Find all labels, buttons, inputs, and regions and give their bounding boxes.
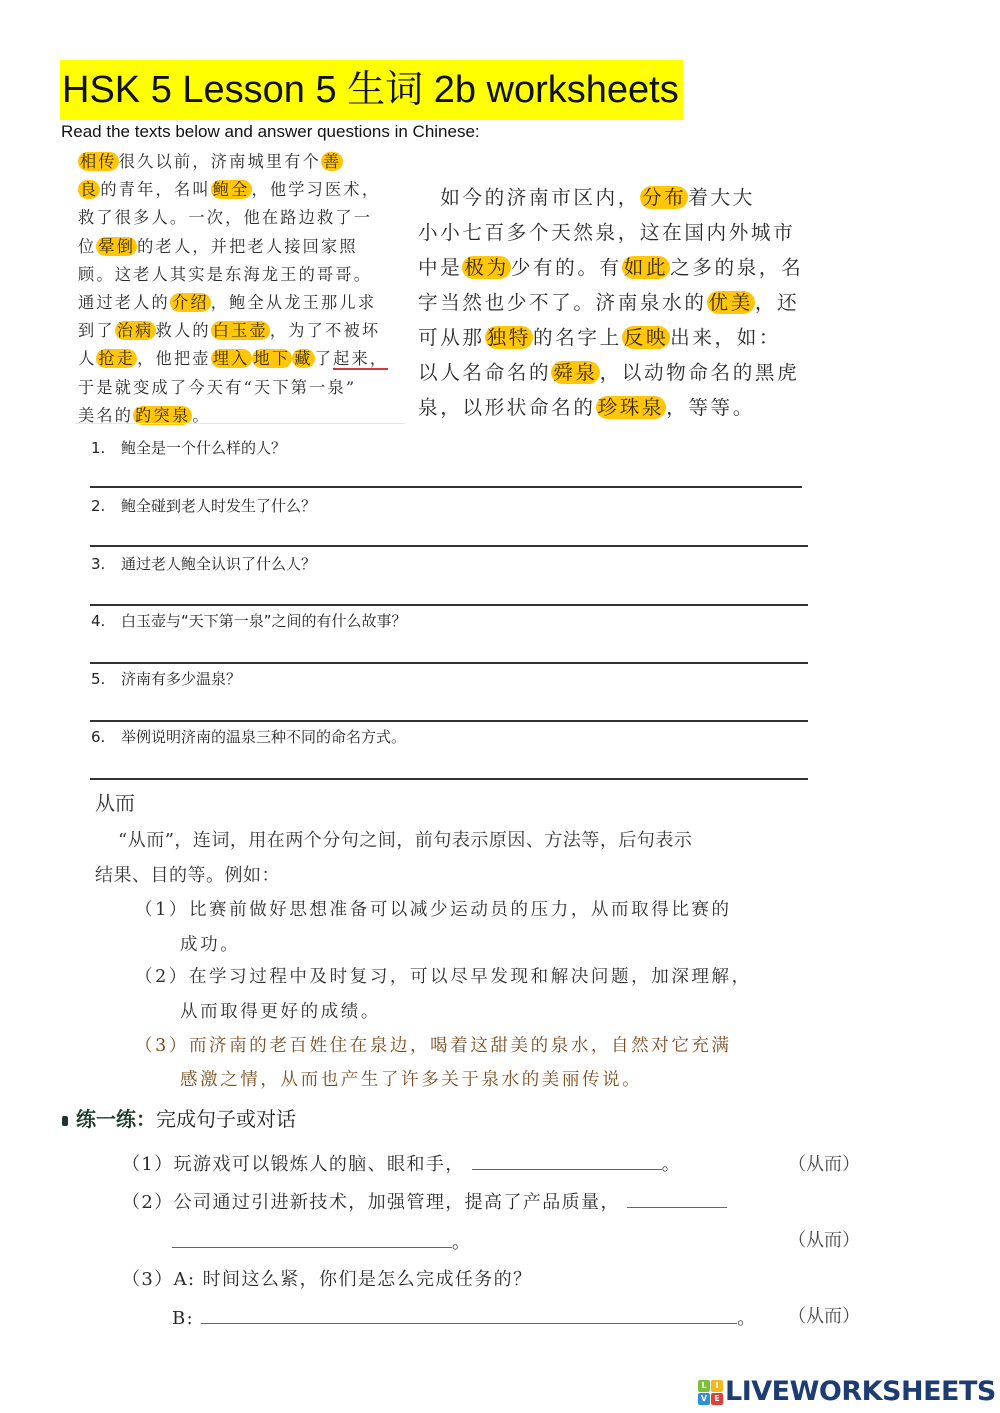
answer-field-5[interactable]	[90, 720, 808, 722]
passage-text: 位	[78, 237, 96, 256]
highlighted-vocab: 珍珠泉	[596, 396, 667, 419]
highlighted-vocab: 良	[78, 180, 100, 199]
reading-passage-right: 如今的济南市区内，分布着大大小小七百多个天然泉，这在国内外城市中是极为少有的。有…	[418, 180, 803, 425]
answer-field-3[interactable]	[90, 604, 808, 606]
highlighted-vocab: 优美	[707, 291, 755, 314]
passage-line: 于是就变成了今天有“天下第一泉”	[78, 374, 388, 402]
answer-field-4[interactable]	[90, 662, 808, 664]
passage-text: ，以动物命名的黑虎	[600, 361, 800, 384]
passage-text: ，还	[755, 291, 799, 314]
passage-line: 可从那独特的名字上反映出来，如：	[418, 320, 803, 355]
passage-line: 以人名命名的舜泉，以动物命名的黑虎	[418, 355, 803, 390]
grammar-description-line-1: “从而”，连词，用在两个分句之间，前句表示原因、方法等，后句表示	[118, 826, 692, 852]
hint-conghe-2: （从而）	[788, 1226, 860, 1252]
passage-line: 相传很久以前，济南城里有个善	[78, 148, 388, 176]
highlighted-vocab: 极为	[462, 256, 510, 279]
passage-text: ，等等。	[666, 396, 755, 419]
passage-line: 如今的济南市区内，分布着大大	[418, 180, 803, 215]
logo-block-e: E	[711, 1393, 723, 1405]
passage-text: 于是就变成了今天有“天下第一泉”	[78, 378, 356, 397]
grammar-description-line-2: 结果、目的等。例如：	[95, 861, 280, 887]
practice-item-2-cont: 。	[172, 1228, 471, 1254]
hint-conghe-3: （从而）	[788, 1302, 860, 1328]
passage-text: 字当然也少不了。济南泉水的	[418, 291, 707, 314]
blank-input-2b[interactable]	[172, 1230, 452, 1248]
passage-line: 小小七百多个天然泉，这在国内外城市	[418, 215, 803, 250]
example-1-line-2: 成功。	[180, 931, 240, 956]
passage-text: 可从那	[418, 326, 485, 349]
passage-text: 泉，以形状命名的	[418, 396, 596, 419]
practice-item-1: （1）玩游戏可以锻炼人的脑、眼和手， 。	[122, 1150, 681, 1176]
highlighted-vocab: 藏	[292, 349, 314, 368]
passage-text: 之多的泉，名	[670, 256, 803, 279]
answer-field-2[interactable]	[90, 545, 808, 547]
passage-text: 少有的。有	[511, 256, 622, 279]
highlighted-vocab: 如此	[622, 256, 670, 279]
question-text: 通过老人鲍全认识了什么人？	[121, 555, 316, 573]
passage-line: 良的青年，名叫鲍全，他学习医术，	[78, 176, 388, 204]
passage-text: 如今的济南市区内，	[418, 186, 640, 209]
example-1-line-1: （1）比赛前做好思想准备可以减少运动员的压力，从而取得比赛的	[135, 896, 732, 921]
highlighted-vocab: 舜泉	[551, 361, 599, 384]
worksheet-title: HSK 5 Lesson 5 生词 2b worksheets	[60, 60, 683, 120]
passage-text: 的名字上	[533, 326, 622, 349]
passage-text: 救人的	[156, 321, 211, 340]
question-3: 3.通过老人鲍全认识了什么人？	[91, 553, 316, 574]
example-2-line-2: 从而取得更好的成绩。	[180, 998, 381, 1023]
passage-text: 到了	[78, 321, 115, 340]
passage-text: 顾。这老人其实是东海龙王的哥哥。	[78, 265, 372, 284]
highlighted-vocab: 分布	[640, 186, 688, 209]
practice-item-3: （3）A: 时间这么紧，你们是怎么完成任务的？	[122, 1265, 532, 1291]
question-text: 鲍全是一个什么样的人？	[121, 439, 286, 457]
practice-item-2: （2）公司通过引进新技术，加强管理，提高了产品质量，	[122, 1188, 727, 1214]
blank-input-1[interactable]	[472, 1152, 662, 1170]
highlighted-vocab: 介绍	[170, 293, 211, 312]
passage-text: 很久以前，济南城里有个	[119, 152, 321, 171]
practice-heading: 练一练：完成句子或对话	[62, 1103, 296, 1132]
passage-line: 泉，以形状命名的珍珠泉，等等。	[418, 390, 803, 425]
highlighted-vocab: 善	[321, 152, 343, 171]
question-5: 5.济南有多少温泉？	[91, 668, 241, 689]
passage-text: 。	[192, 406, 210, 425]
passage-text: ，为了不被坏	[270, 321, 380, 340]
passage-line: 到了治病救人的白玉壶，为了不被坏	[78, 317, 388, 345]
passage-line: 美名的趵突泉。	[78, 402, 388, 430]
highlighted-vocab: 相传	[78, 152, 119, 171]
logo-block-l: L	[698, 1380, 710, 1392]
passage-text: 救了很多人。一次，他在路边救了一	[78, 208, 372, 227]
passage-text: 中是	[418, 256, 462, 279]
passage-line: 通过老人的介绍，鲍全从龙王那儿求	[78, 289, 388, 317]
blank-input-2a[interactable]	[627, 1190, 727, 1208]
highlighted-vocab: 治病	[115, 321, 156, 340]
passage-text: 出来，如：	[670, 326, 781, 349]
question-1: 1.鲍全是一个什么样的人？	[91, 437, 286, 458]
practice-item-3-b: B: 。	[172, 1304, 757, 1330]
question-text: 济南有多少温泉？	[121, 670, 241, 688]
passage-text: 了	[315, 349, 333, 368]
blank-input-3[interactable]	[201, 1306, 737, 1324]
hint-conghe-1: （从而）	[788, 1150, 860, 1176]
passage-line: 位晕倒的老人，并把老人接回家照	[78, 233, 388, 261]
passage-text: 美名的	[78, 406, 133, 425]
passage-text: 的老人，并把老人接回家照	[137, 237, 358, 256]
highlighted-vocab: 地下	[252, 349, 293, 368]
passage-text: 的青年，名叫	[100, 180, 210, 199]
highlighted-vocab: 埋入	[211, 349, 252, 368]
passage-text: 通过老人的	[78, 293, 170, 312]
question-6: 6.举例说明济南的温泉三种不同的命名方式。	[91, 726, 406, 747]
passage-text: 小小七百多个天然泉，这在国内外城市	[418, 221, 795, 244]
passage-text: ，他学习医术，	[252, 180, 381, 199]
grammar-title: 从而	[95, 787, 135, 816]
underlined-text: 起来，	[333, 349, 388, 370]
answer-field-1[interactable]	[90, 486, 802, 488]
passage-text: 着大大	[688, 186, 755, 209]
question-4: 4.白玉壶与“天下第一泉”之间的有什么故事？	[91, 610, 407, 631]
passage-text: 以人名命名的	[418, 361, 551, 384]
passage-text: ，鲍全从龙王那儿求	[211, 293, 377, 312]
question-text: 举例说明济南的温泉三种不同的命名方式。	[121, 728, 406, 746]
highlighted-vocab: 白玉壶	[211, 321, 270, 340]
bullet-icon	[62, 1116, 68, 1126]
passage-line: 救了很多人。一次，他在路边救了一	[78, 204, 388, 232]
highlighted-vocab: 反映	[622, 326, 670, 349]
instructions-text: Read the texts below and answer question…	[61, 122, 480, 142]
logo-text: LIVEWORKSHEETS	[725, 1378, 996, 1406]
passage-line: 顾。这老人其实是东海龙王的哥哥。	[78, 261, 388, 289]
highlighted-vocab: 鲍全	[211, 180, 252, 199]
passage-divider	[75, 423, 405, 424]
liveworksheets-logo[interactable]: L I V E LIVEWORKSHEETS	[698, 1378, 996, 1406]
passage-text: 人	[78, 349, 96, 368]
question-text: 鲍全碰到老人时发生了什么？	[121, 497, 316, 515]
example-3-line-2: 感激之情，从而也产生了许多关于泉水的美丽传说。	[180, 1066, 642, 1091]
question-text: 白玉壶与“天下第一泉”之间的有什么故事？	[121, 612, 407, 630]
logo-block-i: I	[711, 1380, 723, 1392]
logo-blocks-icon: L I V E	[698, 1380, 723, 1405]
example-3-line-1: （3）而济南的老百姓住在泉边，喝着这甜美的泉水，自然对它充满	[135, 1032, 732, 1057]
passage-line: 人抢走，他把壶埋入地下藏了起来，	[78, 345, 388, 373]
highlighted-vocab: 趵突泉	[133, 406, 192, 425]
passage-line: 中是极为少有的。有如此之多的泉，名	[418, 250, 803, 285]
passage-text: ，他把壶	[137, 349, 211, 368]
logo-block-v: V	[698, 1393, 710, 1405]
highlighted-vocab: 抢走	[96, 349, 137, 368]
passage-line: 字当然也少不了。济南泉水的优美，还	[418, 285, 803, 320]
question-2: 2.鲍全碰到老人时发生了什么？	[91, 495, 316, 516]
answer-field-6[interactable]	[90, 778, 808, 780]
highlighted-vocab: 晕倒	[96, 237, 137, 256]
highlighted-vocab: 独特	[485, 326, 533, 349]
reading-passage-left: 相传很久以前，济南城里有个善良的青年，名叫鲍全，他学习医术，救了很多人。一次，他…	[78, 148, 388, 430]
example-2-line-1: （2）在学习过程中及时复习，可以尽早发现和解决问题，加深理解，	[135, 963, 752, 988]
